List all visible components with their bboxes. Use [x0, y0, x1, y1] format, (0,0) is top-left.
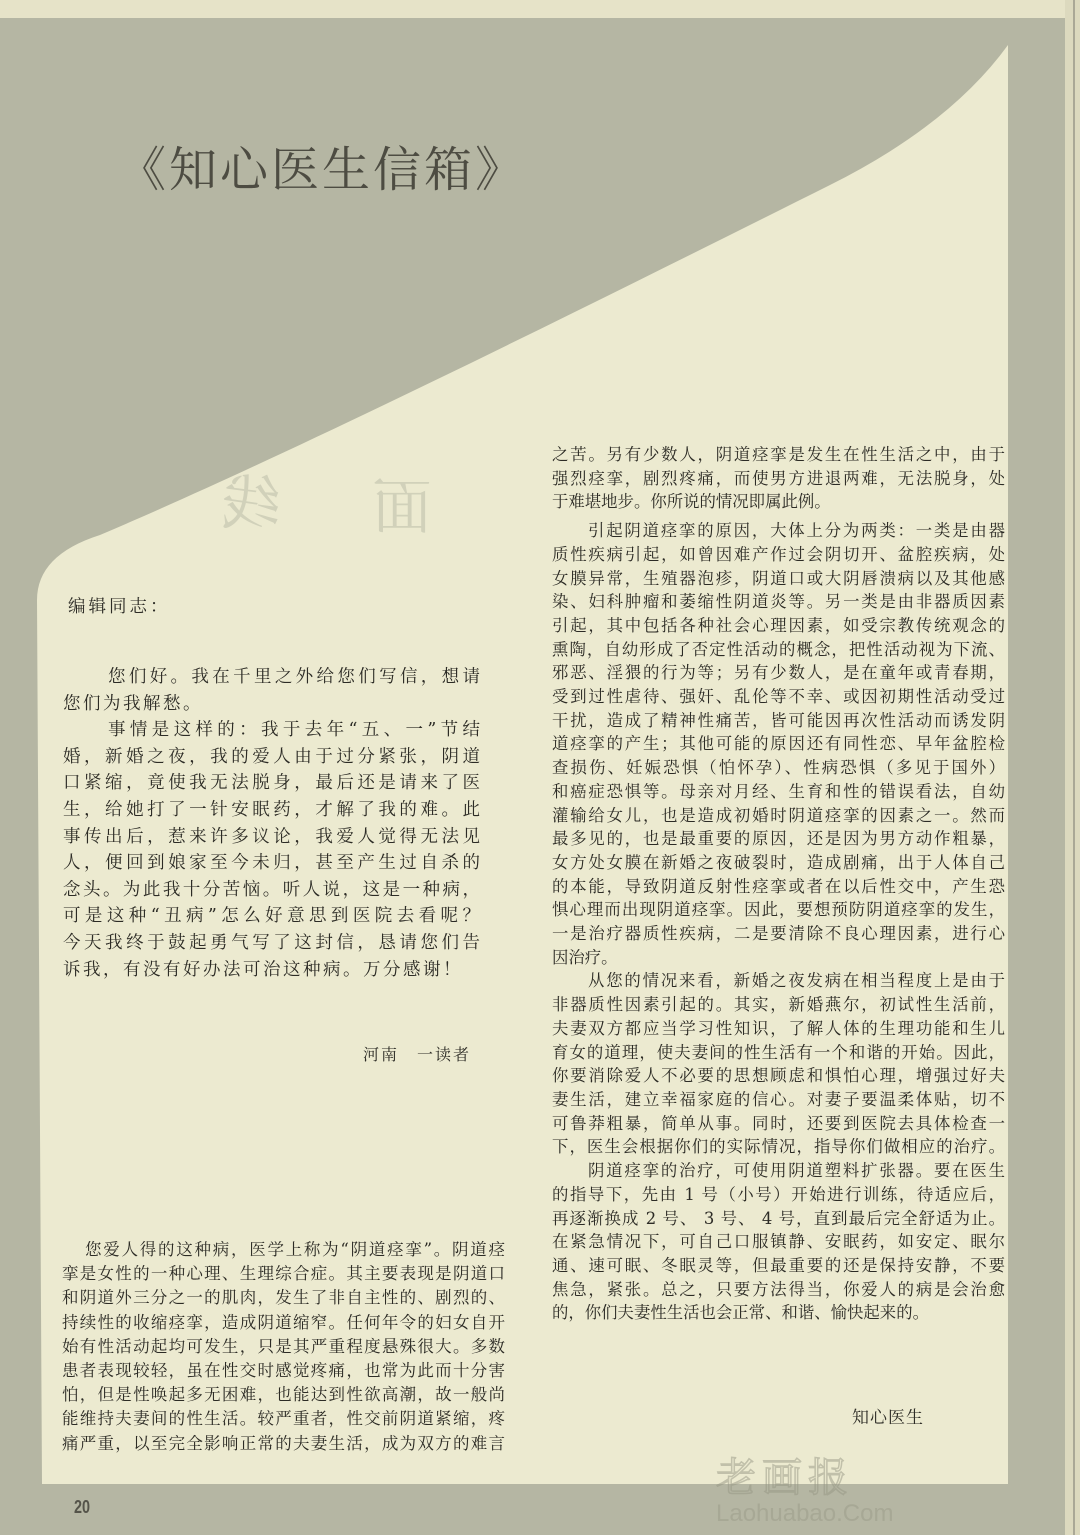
- reply-line: 非器质性因素引起的。其实，新婚燕尔，初试性生活前，: [552, 993, 1005, 1017]
- letter-line: 人，便回到娘家至今未归，甚至产生过自杀的: [63, 850, 480, 877]
- reply-line: 熏陶，自幼形成了否定性活动的概念，把性活动视为下流、: [552, 638, 1005, 662]
- paper-edge: [1065, 0, 1080, 1535]
- reply-line: 再逐渐换成 2 号、 3 号、 4 号，直到最后完全舒适为止。: [552, 1207, 1005, 1231]
- reply-paragraph: 引起阴道痉挛的原因，大体上分为两类：一类是由器 质性疾病引起，如曾因难产作过会阴…: [552, 519, 1005, 969]
- reply-line: 受到过性虐待、强奸、乱伦等不幸、或因初期性活动受过: [552, 685, 1005, 709]
- reply-line: 通、速可眠、冬眠灵等，但最重要的还是保持安静，不要: [552, 1254, 1005, 1278]
- reply-line: 夫妻双方都应当学习性知识，了解人体的生理功能和生儿: [552, 1017, 1005, 1041]
- reply-paragraph: 之苦。另有少数人，阴道痉挛是发生在性生活之中，由于 强烈痉挛，剧烈疼痛，而使男方…: [552, 443, 1005, 514]
- letter-line: 诉我，有没有好办法可治这种病。万分感谢！: [63, 957, 480, 984]
- reply-line: 阴道痉挛的治疗，可使用阴道塑料扩张器。要在医生: [552, 1159, 1005, 1183]
- reply-line: 持续性的收缩痉挛，造成阴道缩窄。任何年令的妇女自开: [62, 1311, 505, 1335]
- reply-line: 能维持夫妻间的性生活。较严重者，性交前阴道紧缩，疼: [62, 1407, 505, 1431]
- reply-line: 痛严重，以至完全影响正常的夫妻生活，成为双方的难言: [62, 1432, 505, 1456]
- watermark: 老画报 Laohuabao.Com: [716, 1458, 893, 1528]
- show-through-character: 面: [372, 478, 432, 538]
- reply-line: 挛是女性的一种心理、生理综合症。其主要表现是阴道口: [62, 1262, 505, 1286]
- reply-line: 的指导下，先由 1 号（小号）开始进行训练，待适应后，: [552, 1183, 1005, 1207]
- reply-line: 质性疾病引起，如曾因难产作过会阴切开、盆腔疾病，处: [552, 543, 1005, 567]
- reply-line: 灌输给女儿，也是造成初婚时阴道痉挛的因素之一。然而: [552, 804, 1005, 828]
- reply-line: 可鲁莽粗暴，简单从事。同时，还要到医院去具体检查一: [552, 1112, 1005, 1136]
- watermark-site-text: Laohuabao.Com: [716, 1500, 893, 1528]
- reply-line: 的，你们夫妻性生活也会正常、和谐、愉快起来的。: [552, 1301, 1005, 1325]
- letter-line: 事情是这样的：我于去年“五、一”节结: [63, 717, 480, 744]
- reply-left-column: 您爱人得的这种病，医学上称为“阴道痉挛”。阴道痉 挛是女性的一种心理、生理综合症…: [62, 1238, 505, 1456]
- reply-line: 怕，但是性唤起多无困难，也能达到性欲高潮，故一般尚: [62, 1383, 505, 1407]
- reply-line: 您爱人得的这种病，医学上称为“阴道痉挛”。阴道痉: [62, 1238, 505, 1262]
- reply-line: 和癌症恐惧等。母亲对月经、生育和性的错误看法，自幼: [552, 780, 1005, 804]
- letter-line: 可是这种“丑病”怎么好意思到医院去看呢？: [63, 903, 480, 930]
- show-through-character: 线: [222, 474, 280, 532]
- reply-line: 一是治疗器质性疾病，二是要清除不良心理因素，进行心: [552, 922, 1005, 946]
- reply-line: 查损伤、妊娠恐惧（怕怀孕）、性病恐惧（多见于国外）: [552, 756, 1005, 780]
- reply-line: 的本能，导致阴道反射性痉挛或者在以后性交中，产生恐: [552, 875, 1005, 899]
- reply-line: 最多见的，也是最重要的原因，还是因为男方动作粗暴，: [552, 827, 1005, 851]
- reply-right-column: 之苦。另有少数人，阴道痉挛是发生在性生活之中，由于 强烈痉挛，剧烈疼痛，而使男方…: [552, 443, 1005, 1325]
- reader-letter: 您们好。我在千里之外给您们写信，想请 您们为我解愁。 事情是这样的：我于去年“五…: [63, 664, 480, 983]
- reply-line: 下，医生会根据你们的实际情况，指导你们做相应的治疗。: [552, 1135, 1005, 1159]
- letter-line: 今天我终于鼓起勇气写了这封信，恳请您们告: [63, 930, 480, 957]
- reply-line: 邪恶、淫猥的行为等；另有少数人，是在童年或青春期，: [552, 661, 1005, 685]
- reply-line: 始有性活动起均可发生，只是其严重程度悬殊很大。多数: [62, 1335, 505, 1359]
- reply-line: 道痉挛的产生；其他可能的原因还有同性恋、早年盆腔检: [552, 732, 1005, 756]
- page-number: 20: [74, 1497, 90, 1518]
- reply-line: 患者表现较轻，虽在性交时感觉疼痛，也常为此而十分害: [62, 1359, 505, 1383]
- letter-line: 婚，新婚之夜，我的爱人由于过分紧张，阴道: [63, 744, 480, 771]
- letter-line: 念头。为此我十分苦恼。听人说，这是一种病，: [63, 877, 480, 904]
- reply-signature: 知心医生: [852, 1405, 924, 1431]
- reply-line: 从您的情况来看，新婚之夜发病在相当程度上是由于: [552, 969, 1005, 993]
- watermark-logo: 老画报: [716, 1458, 893, 1498]
- letter-signature: 河南 一读者: [363, 1042, 471, 1068]
- reply-line: 在紧急情况下，可自己口服镇静、安眠药，如安定、眠尔: [552, 1230, 1005, 1254]
- reply-line: 育女的道理，使夫妻间的性生活有一个和谐的开始。因此，: [552, 1041, 1005, 1065]
- reply-line: 干扰，造成了精神性痛苦，皆可能因再次性活动而诱发阴: [552, 709, 1005, 733]
- reply-paragraph: 阴道痉挛的治疗，可使用阴道塑料扩张器。要在医生 的指导下，先由 1 号（小号）开…: [552, 1159, 1005, 1325]
- letter-line: 生，给她打了一针安眠药，才解了我的难。此: [63, 797, 480, 824]
- reply-line: 和阴道外三分之一的肌肉，发生了非自主性的、剧烈的、: [62, 1286, 505, 1310]
- reply-line: 染、妇科肿瘤和萎缩性阴道炎等。另一类是由非器质因素: [552, 590, 1005, 614]
- reply-line: 你要消除爱人不必要的思想顾虑和惧怕心理，增强过好夫: [552, 1064, 1005, 1088]
- reply-line: 引起，其中包括各种社会心理因素，如受宗教传统观念的: [552, 614, 1005, 638]
- reply-line: 之苦。另有少数人，阴道痉挛是发生在性生活之中，由于: [552, 443, 1005, 467]
- reply-paragraph: 从您的情况来看，新婚之夜发病在相当程度上是由于 非器质性因素引起的。其实，新婚燕…: [552, 969, 1005, 1159]
- letter-line: 口紧缩，竟使我无法脱身，最后还是请来了医: [63, 770, 480, 797]
- reply-line: 因治疗。: [552, 946, 1005, 970]
- letter-line: 您们为我解愁。: [63, 691, 480, 718]
- reply-line: 惧心理而出现阴道痉挛。因此，要想预防阴道痉挛的发生，: [552, 898, 1005, 922]
- page-title: 《知心医生信箱》: [118, 143, 526, 197]
- reply-line: 女膜异常，生殖器泡疹，阴道口或大阴唇溃病以及其他感: [552, 567, 1005, 591]
- reply-line: 引起阴道痉挛的原因，大体上分为两类：一类是由器: [552, 519, 1005, 543]
- letter-line: 您们好。我在千里之外给您们写信，想请: [63, 664, 480, 691]
- paper-edge-line: [1073, 0, 1075, 1535]
- reply-line: 焦急，紧张。总之，只要方法得当，你爱人的病是会治愈: [552, 1278, 1005, 1302]
- letter-salutation: 编辑同志：: [68, 594, 171, 621]
- letter-line: 事传出后，惹来许多议论，我爱人觉得无法见: [63, 824, 480, 851]
- reply-line: 妻生活，建立幸福家庭的信心。对妻子要温柔体贴，切不: [552, 1088, 1005, 1112]
- reply-line: 女方处女膜在新婚之夜破裂时，造成剧痛，出于人体自己: [552, 851, 1005, 875]
- reply-line: 于难堪地步。你所说的情况即属此例。: [552, 490, 1005, 514]
- reply-line: 强烈痉挛，剧烈疼痛，而使男方进退两难，无法脱身，处: [552, 467, 1005, 491]
